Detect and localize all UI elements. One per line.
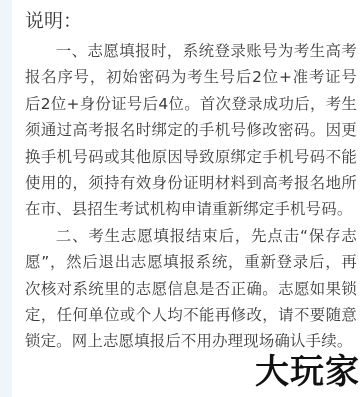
- left-border-strip: [0, 0, 12, 397]
- document-heading: 说明：: [25, 6, 357, 36]
- paragraph-login-info: 一、志愿填报时，系统登录账号为考生高考报名序号，初始密码为考生号后2位+准考证号…: [25, 38, 357, 223]
- watermark-logo: 大玩家: [255, 355, 360, 389]
- instructions-document: 说明： 一、志愿填报时，系统登录账号为考生高考报名序号，初始密码为考生号后2位+…: [25, 6, 357, 355]
- paragraph-submission-info: 二、考生志愿填报结束后，先点击“保存志愿”，然后退出志愿填报系统，重新登录后，再…: [25, 223, 357, 355]
